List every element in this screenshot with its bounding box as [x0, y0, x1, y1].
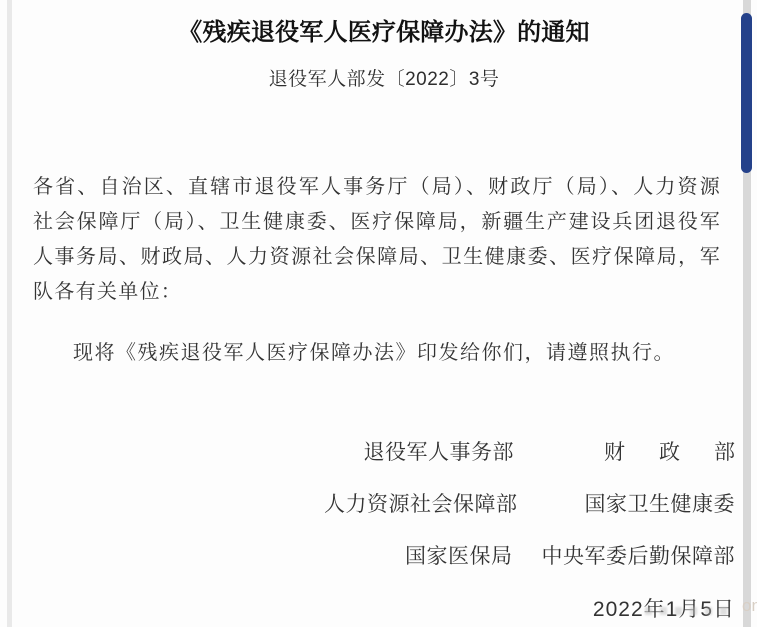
signature-org: 中央军委后勤保障部	[542, 540, 736, 570]
document-number: 退役军人部发〔2022〕3号	[33, 64, 735, 91]
recipients-line: 人事务局、财政局、人力资源社会保障局、卫生健康委、医疗保障局，军	[33, 240, 721, 275]
recipients-line: 队各有关单位：	[33, 275, 721, 310]
watermark-fragment: on	[742, 596, 757, 616]
signature-org: 财政部	[604, 436, 757, 466]
scrollbar-track[interactable]	[743, 0, 751, 627]
recipients-paragraph: 各省、自治区、直辖市退役军人事务厅（局）、财政厅（局）、人力资源 社会保障厅（局…	[33, 170, 721, 310]
document-page: 《残疾退役军人医疗保障办法》的通知 退役军人部发〔2022〕3号 各省、自治区、…	[0, 0, 757, 627]
signature-org: 退役军人事务部	[364, 436, 515, 466]
document-title: 《残疾退役军人医疗保障办法》的通知	[33, 12, 735, 47]
left-edge-divider	[7, 0, 12, 627]
signature-line: 国家医保局 中央军委后勤保障部	[405, 540, 735, 570]
recipients-line: 各省、自治区、直辖市退役军人事务厅（局）、财政厅（局）、人力资源	[33, 170, 721, 205]
recipients-line: 社会保障厅（局）、卫生健康委、医疗保障局，新疆生产建设兵团退役军	[33, 205, 721, 240]
signature-org: 人力资源社会保障部	[324, 488, 518, 518]
scrollbar-thumb[interactable]	[741, 13, 752, 173]
signature-line: 退役军人事务部 财政部	[364, 436, 736, 466]
signature-org: 国家卫生健康委	[585, 488, 736, 518]
notice-paragraph: 现将《残疾退役军人医疗保障办法》印发给你们，请遵照执行。	[33, 338, 733, 368]
watermark-smudge	[645, 607, 735, 615]
signature-org: 国家医保局	[405, 540, 513, 570]
signature-line: 人力资源社会保障部 国家卫生健康委	[324, 488, 735, 518]
